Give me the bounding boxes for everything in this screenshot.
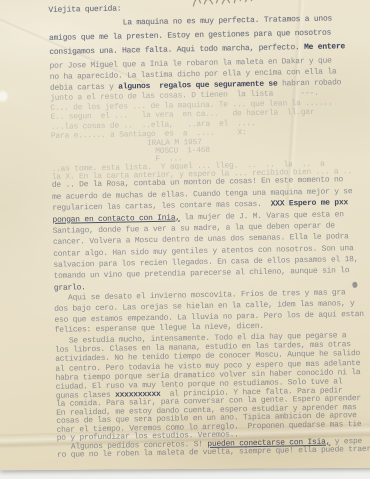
letter-line-segment: XXX Espero me pxx (271, 198, 349, 208)
letter-line-segment: habran robado (282, 78, 341, 88)
letter-line-segment: pongan en contacto con Inia, (52, 213, 180, 224)
letter-body: Viejita querida:La maquina no es muy per… (48, 1, 370, 461)
scan-page: Viejita querida:La maquina no es muy per… (0, 0, 370, 479)
paper-sheet: Viejita querida:La maquina no es muy per… (0, 0, 370, 470)
letter-line-segment: debia cartas y (50, 82, 118, 92)
letter-line-segment: Me entere (304, 42, 345, 52)
paper-hole (0, 89, 9, 103)
letter-line-segment: la mujer de J. M. Varas que esta en (180, 210, 344, 222)
